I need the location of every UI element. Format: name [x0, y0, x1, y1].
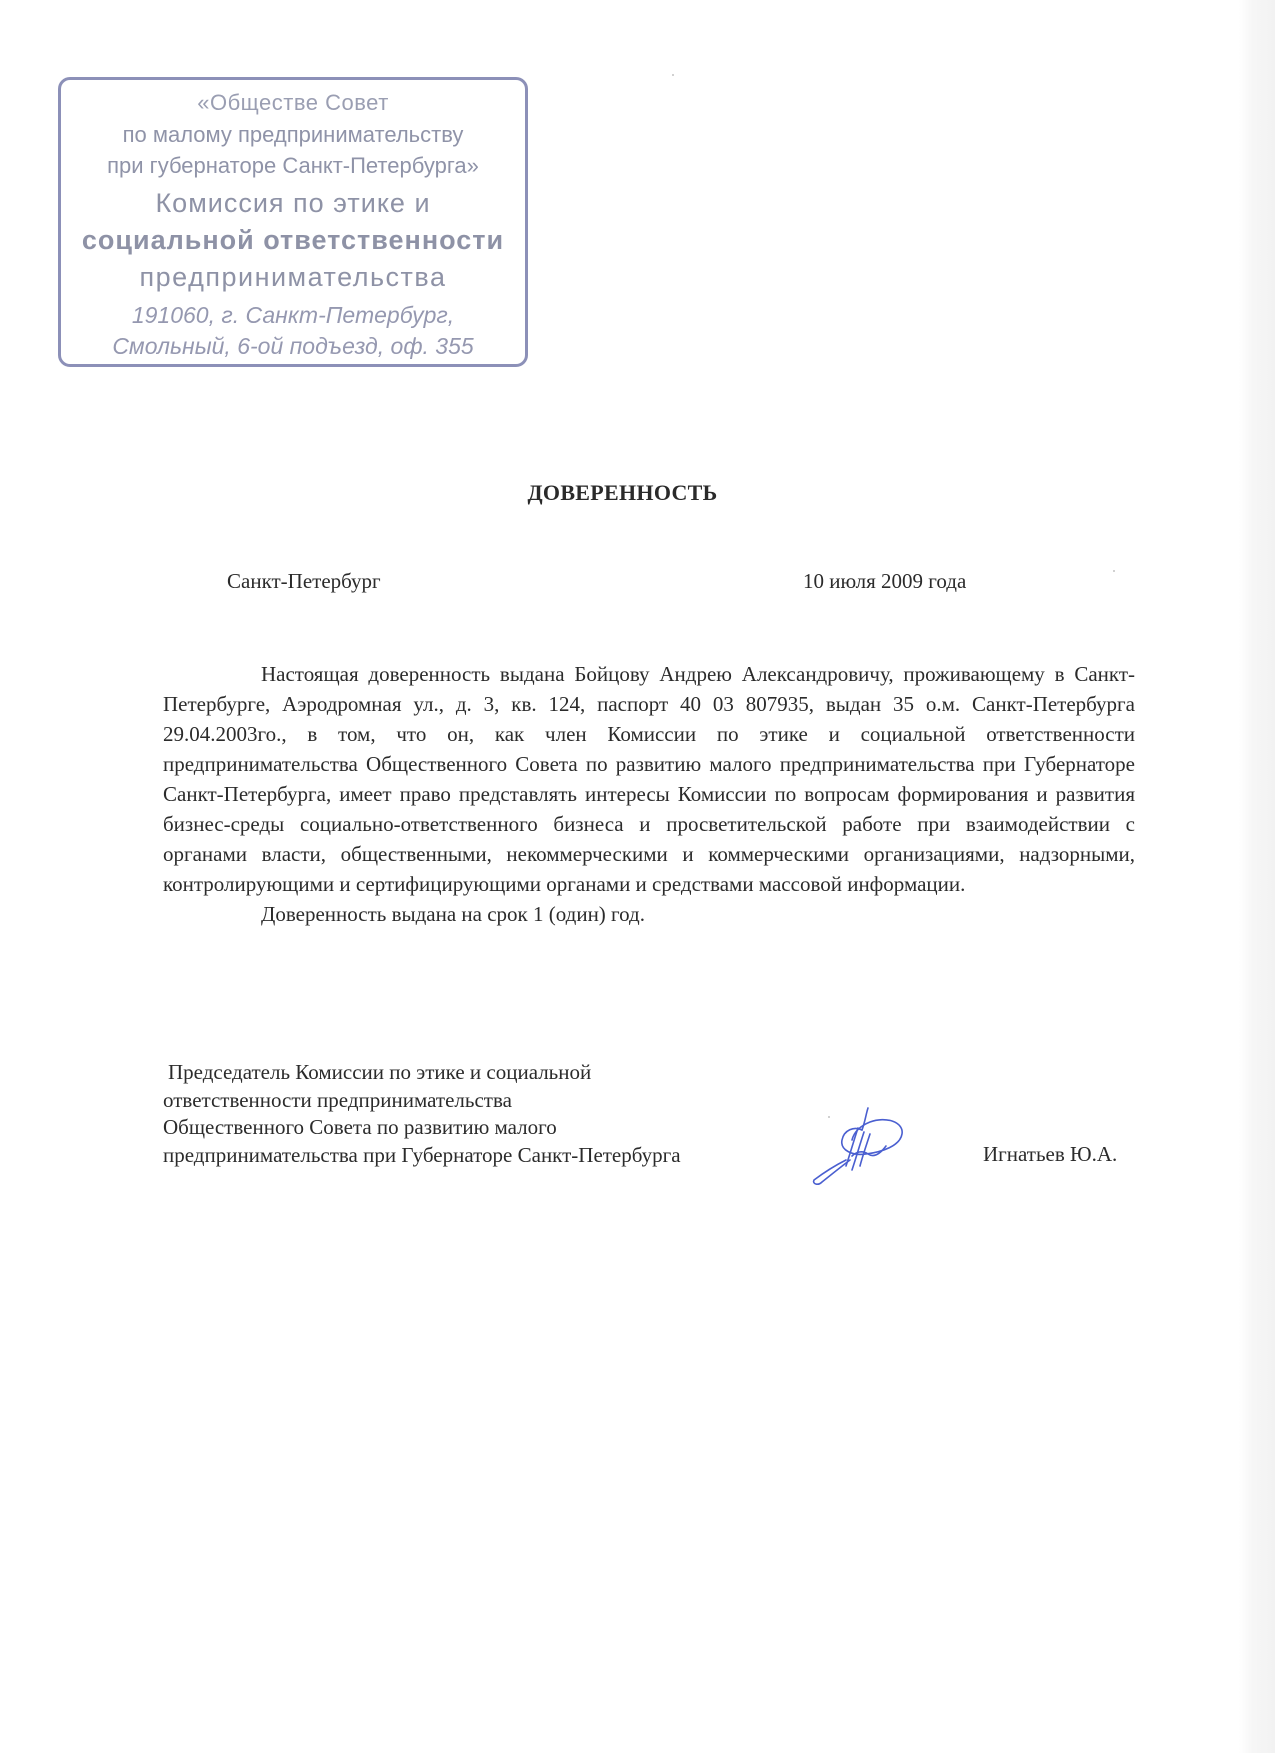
stamp-address-line: Смольный, 6-ой подъезд, оф. 355: [61, 333, 525, 360]
scan-speck: [1113, 570, 1115, 572]
document-body: Настоящая доверенность выдана Бойцову Ан…: [163, 659, 1135, 929]
stamp-line: предпринимательства: [61, 262, 525, 293]
document-place: Санкт-Петербург: [227, 569, 381, 594]
stamp-line: при губернаторе Санкт-Петербурга»: [61, 153, 525, 179]
body-paragraph-term: Доверенность выдана на срок 1 (один) год…: [163, 899, 1135, 929]
stamp-line: по малому предпринимательству: [61, 122, 525, 148]
signatory-position-line: Председатель Комиссии по этике и социаль…: [163, 1059, 681, 1087]
document-title: ДОВЕРЕННОСТЬ: [0, 480, 1245, 506]
signatory-name: Игнатьев Ю.А.: [983, 1142, 1117, 1167]
scan-speck: [672, 74, 674, 76]
scan-edge-shadow: [1239, 0, 1275, 1753]
body-paragraph: Настоящая доверенность выдана Бойцову Ан…: [163, 659, 1135, 899]
stamp-address-line: 191060, г. Санкт-Петербург,: [61, 302, 525, 329]
document-date: 10 июля 2009 года: [803, 569, 966, 594]
handwritten-signature-icon: [808, 1104, 918, 1189]
signatory-position-line: ответственности предпринимательства: [163, 1087, 681, 1115]
signatory-position: Председатель Комиссии по этике и социаль…: [163, 1059, 681, 1169]
stamp-line: социальной ответственности: [61, 225, 525, 256]
stamp-line: Комиссия по этике и: [61, 188, 525, 219]
organization-stamp: «Обществе Совет по малому предпринимател…: [58, 77, 528, 367]
signatory-position-line: Общественного Совета по развитию малого: [163, 1114, 681, 1142]
stamp-line: «Обществе Совет: [61, 90, 525, 116]
signatory-position-line: предпринимательства при Губернаторе Санк…: [163, 1142, 681, 1170]
